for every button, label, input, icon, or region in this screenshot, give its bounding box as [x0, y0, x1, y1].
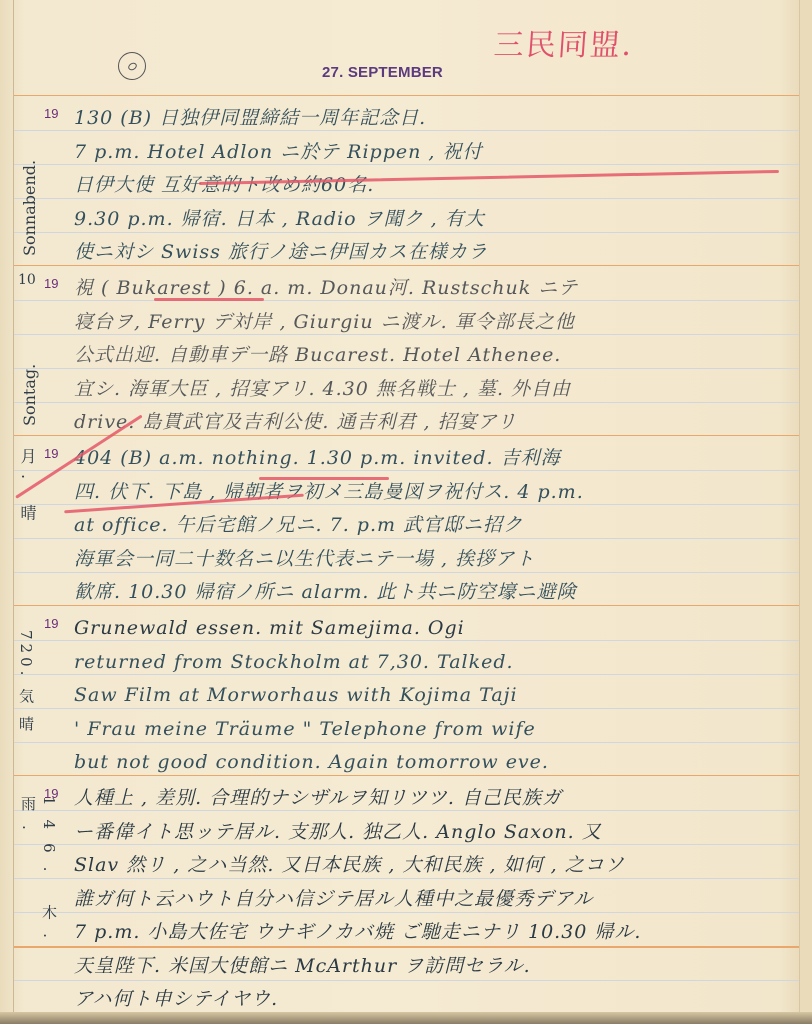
entry-line: 404 (B) a.m. nothing. 1.30 p.m. invited.… [74, 442, 804, 476]
entry-line: Saw Film at Morworhaus with Kojima Taji [74, 679, 804, 713]
page-date-header: 27. SEPTEMBER [322, 64, 443, 81]
diary-entry-4: 19 720. 気 晴 Grunewald essen. mit Samejim… [14, 605, 799, 776]
entry-line: 海軍会一同二十数名ニ以生代表ニテ一場 , 挨拶アト [74, 543, 804, 577]
margin-note: Sonnabend. [20, 160, 39, 256]
diary-entry-2: 19 10 Sontag. 視 ( Bukarest ) 6. a. m. Do… [14, 265, 799, 436]
year-label: 19 [44, 446, 58, 461]
circle-mark-icon [118, 52, 146, 80]
entry-line: 公式出迎. 自動車デ一路 Bucarest. Hotel Athenee. [74, 339, 804, 373]
red-underline [259, 477, 389, 480]
entry-line: 130 (B) 日独伊同盟締結一周年記念日. [74, 102, 804, 136]
red-underline [154, 298, 264, 301]
entry-line: 7 p.m. Hotel Adlon ニ於テ Rippen , 祝付 [74, 136, 804, 170]
diary-entry-3: 19 月. 晴 404 (B) a.m. nothing. 1.30 p.m. … [14, 435, 799, 606]
entry-line: returned from Stockholm at 7,30. Talked. [74, 646, 804, 680]
entry-line: Grunewald essen. mit Samejima. Ogi [74, 612, 804, 646]
entry-line: ' Frau meine Träume " Telephone from wif… [74, 713, 804, 747]
red-pencil-annotation: 三民同盟. [492, 20, 635, 64]
diary-entry-5: 19 146. 木. 雨. 人種上 , 差別. 合理的ナシザルヲ知リツツ. 自己… [14, 775, 799, 1016]
day-number: 10 [18, 272, 36, 288]
margin-note: Sontag. [20, 364, 39, 426]
entry-line: 寝台ヲ, Ferry デ対岸 , Giurgiu ニ渡ル. 軍令部長之他 [74, 306, 804, 340]
entry-line: 人種上 , 差別. 合理的ナシザルヲ知リツツ. 自己民族ガ [74, 782, 804, 816]
entry-line: ー番偉イト思ッテ居ル. 支那人. 独乙人. Anglo Saxon. 又 [74, 816, 804, 850]
entry-line: 天皇陛下. 米国大使館ニ McArthur ヲ訪問セラル. [74, 950, 804, 984]
margin-note: 720. 気 晴 [16, 630, 37, 735]
entry-line: Slav 然リ , 之ハ当然. 又日本民族 , 大和民族 , 如何 , 之コソ [74, 849, 804, 883]
entry-line: 9.30 p.m. 帰宿. 日本 , Radio ヲ聞ク , 有大 [74, 203, 804, 237]
diary-entry-1: 19 Sonnabend. 130 (B) 日独伊同盟締結一周年記念日. 7 p… [14, 95, 799, 266]
year-label: 19 [44, 616, 58, 631]
page-bottom-edge [0, 1012, 812, 1024]
year-label: 19 [44, 276, 58, 291]
diary-page: 27. SEPTEMBER 三民同盟. 19 Sonnabend. 130 (B… [0, 0, 812, 1024]
margin-note: 146. 木. 雨. [18, 796, 60, 1016]
entry-line: 誰ガ何ト云ハウト自分ハ信ジテ居ル人種中之最優秀デアル [74, 883, 804, 917]
entry-line: at office. 午后宅館ノ兄ニ. 7. p.m 武官邸ニ招ク [74, 509, 804, 543]
entry-line: 7 p.m. 小島大佐宅 ウナギノカバ焼 ご馳走ニナリ 10.30 帰ル. [74, 916, 804, 950]
year-label: 19 [44, 106, 58, 121]
entry-line: 宜シ. 海軍大臣 , 招宴アリ. 4.30 無名戦士 , 墓. 外自由 [74, 373, 804, 407]
